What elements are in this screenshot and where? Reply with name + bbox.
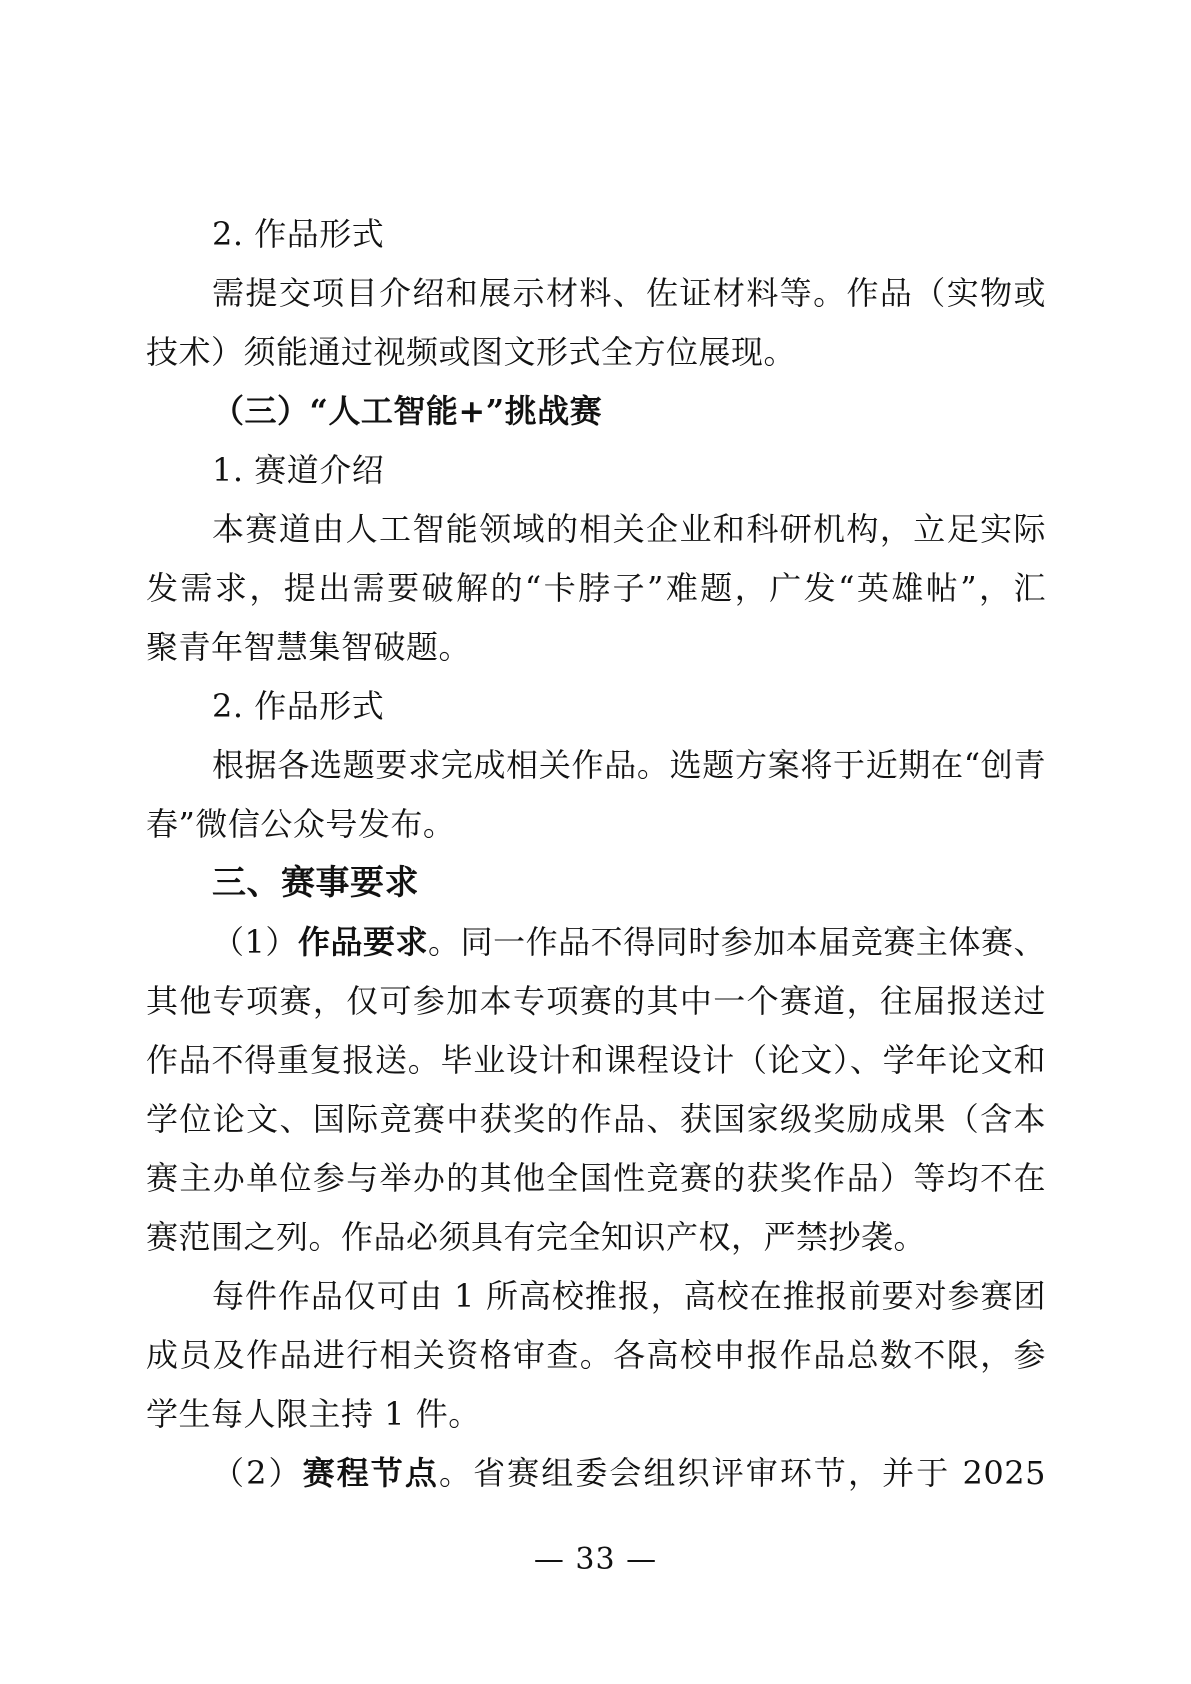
text-segment: 根据各选题要求完成相关作品。选题方案将于近期在“创青 — [212, 746, 1046, 784]
text-segment: 作品不得重复报送。毕业设计和课程设计（论文）、学年论文和 — [146, 1041, 1046, 1079]
text-segment: 。同一作品不得同时参加本届竞赛主体赛、 — [428, 923, 1046, 961]
text-segment: 赛主办单位参与举办的其他全国性竞赛的获奖作品）等均不在参 — [146, 1159, 1046, 1208]
text-line: 赛范围之列。作品必须具有完全知识产权，严禁抄袭。 — [146, 1208, 1046, 1267]
text-line: 赛主办单位参与举办的其他全国性竞赛的获奖作品）等均不在参 — [146, 1149, 1046, 1208]
text-line: 春”微信公众号发布。 — [146, 795, 1046, 854]
heading-line: （三）“人工智能+”挑战赛 — [146, 382, 1046, 441]
text-segment: 每件作品仅可由 1 所高校推报，高校在推报前要对参赛团队 — [146, 1277, 1046, 1326]
heading-line: 三、赛事要求 — [146, 854, 1046, 913]
text-line: 聚青年智慧集智破题。 — [146, 618, 1046, 677]
text-segment: （2） — [212, 1454, 303, 1492]
text-line: 2. 作品形式 — [146, 677, 1046, 736]
text-line: 每件作品仅可由 1 所高校推报，高校在推报前要对参赛团队 — [146, 1267, 1046, 1326]
text-line: 发需求，提出需要破解的“卡脖子”难题，广发“英雄帖”，汇 — [146, 559, 1046, 618]
emphasis-text: 作品要求 — [298, 923, 428, 961]
text-line: 2. 作品形式 — [146, 205, 1046, 264]
text-segment: 赛范围之列。作品必须具有完全知识产权，严禁抄袭。 — [146, 1218, 926, 1256]
text-segment: 2. 作品形式 — [212, 215, 384, 253]
text-segment: 学生每人限主持 1 件。 — [146, 1395, 481, 1433]
text-segment: 学位论文、国际竞赛中获奖的作品、获国家级奖励成果（含本竞 — [146, 1100, 1046, 1149]
text-line: 需提交项目介绍和展示材料、佐证材料等。作品（实物或者 — [146, 264, 1046, 323]
text-segment: 2. 作品形式 — [212, 687, 384, 725]
text-segment: 需提交项目介绍和展示材料、佐证材料等。作品（实物或者 — [146, 274, 1046, 323]
text-segment: （1） — [212, 923, 298, 961]
text-segment: 1. 赛道介绍 — [212, 451, 384, 489]
document-page: 2. 作品形式需提交项目介绍和展示材料、佐证材料等。作品（实物或者技术）须能通过… — [0, 0, 1191, 1684]
text-segment: 发需求，提出需要破解的“卡脖子”难题，广发“英雄帖”，汇 — [146, 569, 1046, 607]
text-segment: 其他专项赛，仅可参加本专项赛的其中一个赛道，往届报送过的 — [146, 982, 1046, 1031]
page-footer: — 33 — — [0, 1542, 1191, 1577]
emphasis-text: （三）“人工智能+”挑战赛 — [212, 392, 602, 430]
document-body: 2. 作品形式需提交项目介绍和展示材料、佐证材料等。作品（实物或者技术）须能通过… — [146, 205, 1046, 1503]
text-line: 其他专项赛，仅可参加本专项赛的其中一个赛道，往届报送过的 — [146, 972, 1046, 1031]
text-line: 技术）须能通过视频或图文形式全方位展现。 — [146, 323, 1046, 382]
text-line: 1. 赛道介绍 — [146, 441, 1046, 500]
text-line: （2）赛程节点。省赛组委会组织评审环节，并于 2025 年 7 — [146, 1444, 1046, 1503]
emphasis-text: 三、赛事要求 — [212, 863, 419, 903]
text-segment: 技术）须能通过视频或图文形式全方位展现。 — [146, 333, 796, 371]
text-line: 作品不得重复报送。毕业设计和课程设计（论文）、学年论文和 — [146, 1031, 1046, 1090]
text-segment: 春”微信公众号发布。 — [146, 805, 455, 843]
text-line: 根据各选题要求完成相关作品。选题方案将于近期在“创青 — [146, 736, 1046, 795]
text-line: 本赛道由人工智能领域的相关企业和科研机构，立足实际研 — [146, 500, 1046, 559]
page-number: — 33 — — [534, 1542, 657, 1577]
text-line: （1）作品要求。同一作品不得同时参加本届竞赛主体赛、 — [146, 913, 1046, 972]
text-segment: 聚青年智慧集智破题。 — [146, 628, 471, 666]
text-line: 学生每人限主持 1 件。 — [146, 1385, 1046, 1444]
text-line: 学位论文、国际竞赛中获奖的作品、获国家级奖励成果（含本竞 — [146, 1090, 1046, 1149]
text-line: 成员及作品进行相关资格审查。各高校申报作品总数不限，参赛 — [146, 1326, 1046, 1385]
text-segment: 成员及作品进行相关资格审查。各高校申报作品总数不限，参赛 — [146, 1336, 1046, 1385]
text-segment: 本赛道由人工智能领域的相关企业和科研机构，立足实际研 — [146, 510, 1046, 559]
emphasis-text: 赛程节点 — [303, 1454, 439, 1492]
